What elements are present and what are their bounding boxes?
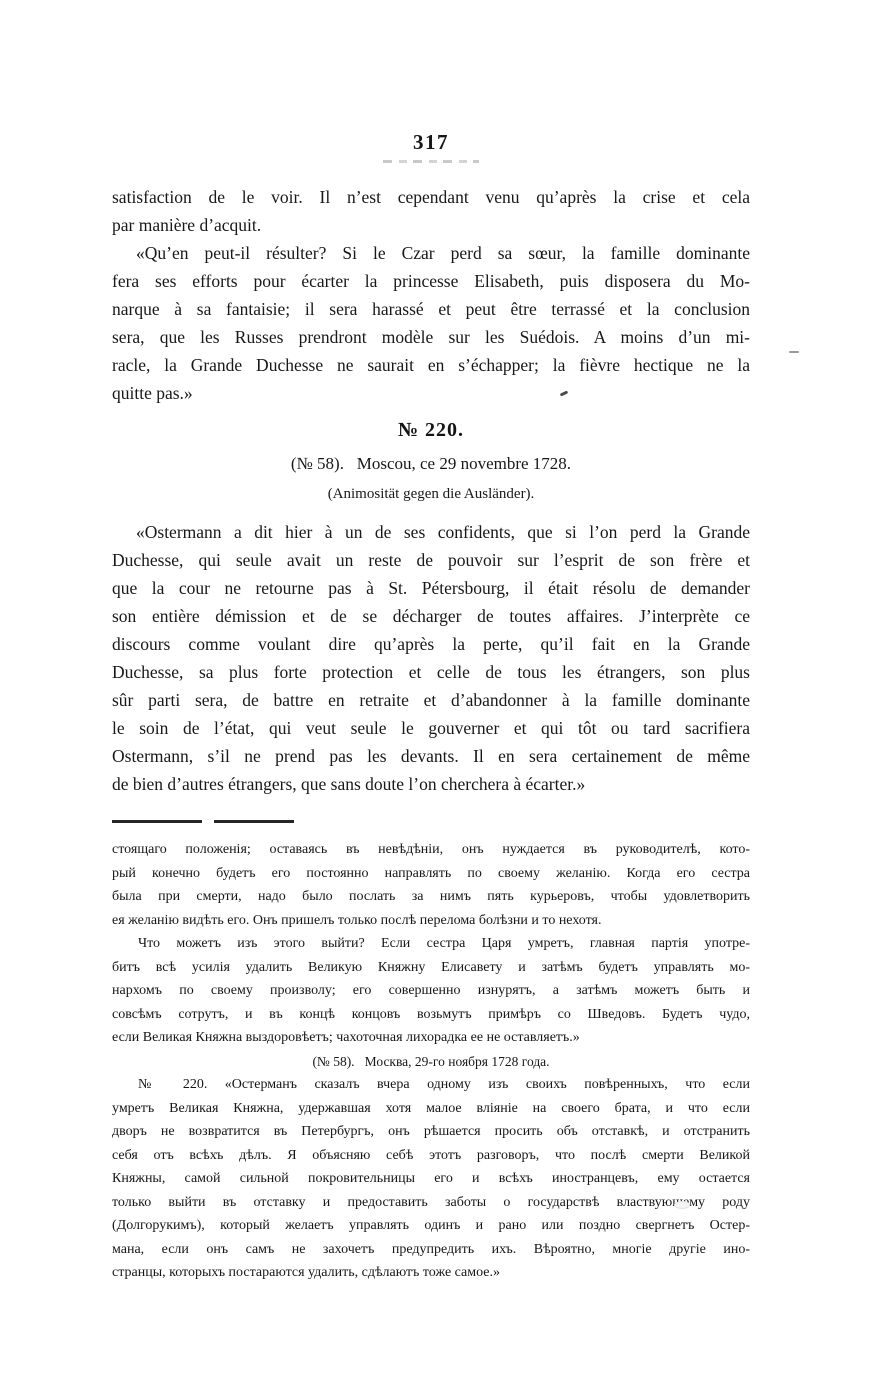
entry-dateline: (№ 58). Moscou, ce 29 novembre 1728. (112, 450, 750, 478)
entry-number-heading: № 220. (112, 416, 750, 444)
text-line: Что можетъ изъ этого выйти? Если сестра … (112, 932, 750, 956)
footnote-paragraph: Что можетъ изъ этого выйти? Если сестра … (112, 932, 750, 1050)
text-line: le soin de l’état, qui veut seule le gou… (112, 714, 750, 742)
text-line: satisfaction de le voir. Il n’est cepend… (112, 183, 750, 211)
footnote-dateline: (№ 58). Москва, 29-го ноября 1728 года. (112, 1050, 750, 1074)
text-line: fera ses efforts pour écarter la princes… (112, 267, 750, 295)
text-line: sûr parti sera, de battre en retraite et… (112, 686, 750, 714)
text-line: битъ всѣ усилія удалить Великую Княжну Е… (112, 956, 750, 980)
scan-artifact-smudge (383, 160, 479, 163)
text-line: совсѣмъ сотрутъ, и въ концѣ концовъ возь… (112, 1003, 750, 1027)
text-line: discours comme voulant dire qu’après la … (112, 630, 750, 658)
text-line: (Долгорукимъ), который желаетъ управлять… (112, 1214, 750, 1238)
text-line: рый конечно будетъ его постоянно направл… (112, 862, 750, 886)
text-line: par manière d’acquit. (112, 211, 750, 239)
text-line: № 220. «Остерманъ сказалъ вчера одному и… (112, 1073, 750, 1097)
text-line: racle, la Grande Duchesse ne saurait en … (112, 351, 750, 379)
text-line: «Qu’en peut-il résulter? Si le Czar perd… (112, 239, 750, 267)
scan-artifact-smudge-bottom (674, 1201, 690, 1209)
footnote-paragraph-continuation: стоящаго положенія; оставаясь въ невѣдѣн… (112, 838, 750, 932)
text-line: умретъ Великая Княжна, удержавшая хотя м… (112, 1097, 750, 1121)
footnote-paragraph-translation: № 220. «Остерманъ сказалъ вчера одному и… (112, 1073, 750, 1285)
text-line: narque à sa fantaisie; il sera harassé e… (112, 295, 750, 323)
text-line: стоящаго положенія; оставаясь въ невѣдѣн… (112, 838, 750, 862)
text-line: дворъ не возвратится въ Петербургъ, онъ … (112, 1120, 750, 1144)
text-line: de bien d’autres étrangers, que sans dou… (112, 770, 750, 798)
text-line: мана, если онъ самъ не захочетъ предупре… (112, 1238, 750, 1262)
text-line: Ostermann, s’il ne prend pas les devants… (112, 742, 750, 770)
text-line: была при смерти, надо было послать за ни… (112, 885, 750, 909)
text-line: sera, que les Russes prendront modèle su… (112, 323, 750, 351)
text-line: que la cour ne retourne pas à St. Péters… (112, 574, 750, 602)
text-line: «Ostermann a dit hier à un de ses confid… (112, 518, 750, 546)
text-line: Duchesse, sa plus forte protection et ce… (112, 658, 750, 686)
paragraph-continuation: satisfaction de le voir. Il n’est cepend… (112, 183, 750, 239)
paragraph-quote: «Qu’en peut-il résulter? Si le Czar perd… (112, 239, 750, 407)
footnotes-section: стоящаго положенія; оставаясь въ невѣдѣн… (112, 838, 750, 1285)
main-text: satisfaction de le voir. Il n’est cepend… (112, 183, 750, 798)
footnote-separator-segment (112, 820, 202, 823)
entry-subject-line: (Animosität gegen die Ausländer). (112, 480, 750, 508)
text-line: если Великая Княжна выздоровѣетъ; чахото… (112, 1026, 750, 1050)
scanned-book-page: { "page": { "number": "317" }, "main": {… (0, 0, 882, 1393)
footnote-separator (112, 820, 750, 823)
text-line: Княжны, самой сильной покровительницы ег… (112, 1167, 750, 1191)
text-line: ея желанію видѣть его. Онъ пришелъ тольк… (112, 909, 750, 933)
paragraph-letter-body: «Ostermann a dit hier à un de ses confid… (112, 518, 750, 798)
scan-artifact-dash (789, 351, 799, 353)
text-line: Duchesse, qui seule avait un reste de po… (112, 546, 750, 574)
text-line: quitte pas.» (112, 379, 750, 407)
book-page: 317 satisfaction de le voir. Il n’est ce… (112, 0, 750, 1285)
text-line: только выйти въ отставку и предоставить … (112, 1191, 750, 1215)
footnote-separator-segment (214, 820, 294, 823)
text-line: себя отъ всѣхъ дѣлъ. Я объясняю себѣ это… (112, 1144, 750, 1168)
text-line: нархомъ по своему произволу; его соверше… (112, 979, 750, 1003)
text-line: странцы, которыхъ постараются удалить, с… (112, 1261, 750, 1285)
text-line: son entière démission et de se décharger… (112, 602, 750, 630)
page-number: 317 (112, 130, 750, 155)
